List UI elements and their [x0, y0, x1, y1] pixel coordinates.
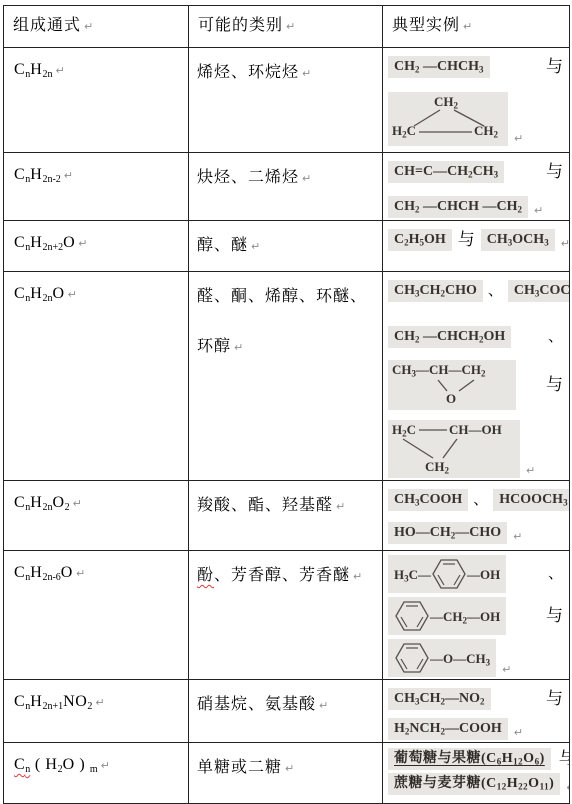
paragraph-mark: ↵ [463, 20, 472, 33]
category-cell: 炔烃、二烯烃↵ [189, 153, 383, 221]
examples-cell: 葡萄糖与果糖(C6H12O6) 与 蔗糖与麦芽糖(C12H22O11) ↵ [383, 743, 570, 804]
atom-label: —OH [467, 567, 500, 582]
example-line: C2H5OH 与 CH3OCH3 ↵ [388, 229, 563, 251]
example-line: CH3—CH—CH2 O 与 [388, 360, 563, 410]
formula-sucrose-maltose: 蔗糖与麦芽糖(C12H22O11) [388, 773, 560, 795]
example-line: H2NCH2—COOH ↵ [388, 718, 563, 740]
atom-label: —O—CH3 [430, 651, 490, 666]
examples-cell: CH=C—CH2CH3 与 CH2 —CHCH —CH2 ↵ [383, 153, 570, 221]
category-text: 醇、醚 [197, 237, 248, 254]
examples-cell: C2H5OH 与 CH3OCH3 ↵ [383, 221, 570, 272]
examples-cell: CH3CH2CHO 、 CH3COCH3 、 CH2 —CHCH2OH 、 CH… [383, 272, 570, 481]
structure-propylene-oxide: CH3—CH—CH2 O [388, 360, 516, 410]
header-label: 典型实例 [392, 17, 460, 34]
formula-dimethyl-ether: CH3OCH3 [481, 229, 555, 251]
formula-allyl-alcohol: CH2 —CHCH2OH [388, 326, 511, 348]
table-row: CnH2n-2↵ 炔烃、二烯烃↵ CH=C—CH2CH3 与 CH2 —CHCH… [4, 153, 570, 221]
examples-cell: H3C— —OH 、 —CH2—OH [383, 551, 570, 680]
paragraph-mark: ↵ [234, 341, 243, 354]
separator: 、 [548, 564, 563, 584]
paragraph-mark: ↵ [101, 759, 110, 772]
structure-cyclopropanol: H2C CH—OH CH2 [388, 420, 520, 478]
example-line: HO—CH2—CHO ↵ [388, 522, 563, 544]
paragraph-mark: ↵ [561, 237, 570, 251]
example-line: CH=C—CH2CH3 与 [388, 161, 563, 183]
benzene-ring [394, 600, 430, 632]
paragraph-mark: ↵ [286, 20, 295, 33]
paragraph-mark: ↵ [566, 781, 569, 795]
structure-cyclopropane: CH2 H2C CH2 [388, 92, 508, 146]
paragraph-mark: ↵ [513, 530, 522, 544]
category-text-misspelled: 酚 [197, 567, 214, 584]
example-line: H3C— —OH 、 [388, 555, 563, 593]
general-formula: CnH2n+2O [14, 234, 75, 251]
general-formula-cell: CnH2n-6O↵ [4, 551, 189, 680]
table-row: CnH2nO↵ 醛、酮、烯醇、环醚、 环醇↵ CH3CH2CHO 、 CH3CO… [4, 272, 570, 481]
formula-butyne: CH=C—CH2CH3 [388, 161, 504, 183]
header-typical-examples: 典型实例↵ [383, 6, 570, 48]
paragraph-mark: ↵ [534, 204, 543, 218]
atom-label: O [446, 391, 456, 406]
category-cell: 单糖或二糖↵ [189, 743, 383, 804]
benzene-ring [431, 558, 467, 590]
paragraph-mark: ↵ [84, 20, 93, 33]
table-row: CnH2nO2↵ 羧酸、酯、羟基醛↵ CH3COOH 、 HCOOCH3 与 H… [4, 481, 570, 551]
formula-nitroethane: CH3CH2—NO2 [388, 688, 491, 710]
paragraph-mark: ↵ [55, 64, 64, 77]
example-line: CH2 —CHCH3 与 [388, 56, 563, 78]
header-general-formula: 组成通式↵ [4, 6, 189, 48]
conjunction: 与 [458, 229, 475, 251]
general-formula: CnH2n-2 [14, 166, 61, 183]
atom-label: H2C [392, 422, 416, 437]
category-text: 、芳香醇、芳香醚 [214, 567, 350, 584]
conjunction: 与 [559, 748, 570, 770]
paragraph-mark: ↵ [302, 172, 311, 185]
formula-ethanol: C2H5OH [388, 229, 452, 251]
conjunction: 与 [546, 161, 563, 183]
header-possible-category: 可能的类别↵ [189, 6, 383, 48]
general-formula-cell: CnH2n↵ [4, 48, 189, 153]
category-text: 硝基烷、氨基酸 [197, 696, 316, 713]
general-formula-cell: CnH2n+2O↵ [4, 221, 189, 272]
structure-anisole: —O—CH3 [388, 639, 496, 677]
formula-group: CH3COOH 、 HCOOCH3 [388, 489, 570, 511]
formula-propanal: CH3CH2CHO [388, 280, 483, 302]
example-line: CH3COOH 、 HCOOCH3 与 [388, 489, 563, 511]
general-formula: Cn ( H2O ) m [14, 756, 98, 773]
general-formula-cell: CnH2n+1NO2↵ [4, 680, 189, 743]
category-text: 单糖或二糖 [197, 759, 282, 776]
paragraph-mark: ↵ [502, 663, 511, 677]
general-formula: CnH2nO2 [14, 494, 70, 511]
general-formula: CnH2n-6O [14, 564, 73, 581]
atom-label: —CH2—OH [430, 609, 500, 624]
example-line: CH2 —CHCH2OH 、 [388, 326, 563, 348]
category-text: 醛、酮、烯醇、环醚、 环醇 [197, 288, 367, 355]
formula-propene: CH2 —CHCH3 [388, 56, 490, 78]
paragraph-mark: ↵ [319, 699, 328, 712]
example-line: —CH2—OH 与 [388, 597, 563, 635]
general-formula-cell: CnH2nO2↵ [4, 481, 189, 551]
formula-acetic-acid: CH3COOH [388, 489, 468, 511]
general-formula-cell: Cn ( H2O ) m↵ [4, 743, 189, 804]
table-row: Cn ( H2O ) m↵ 单糖或二糖↵ 葡萄糖与果糖(C6H12O6) 与 蔗… [4, 743, 570, 804]
header-label: 可能的类别 [198, 17, 283, 34]
formula-glycine: H2NCH2—COOH [388, 718, 508, 740]
example-line: CH3CH2CHO 、 CH3COCH3 、 [388, 280, 563, 302]
paragraph-mark: ↵ [514, 132, 523, 146]
general-formula: CnH2n+1NO2 [14, 693, 92, 710]
table-row: CnH2n-6O↵ 酚、芳香醇、芳香醚↵ H3C— —OH 、 [4, 551, 570, 680]
category-text: 羧酸、酯、羟基醛 [197, 497, 333, 514]
conjunction: 与 [546, 56, 563, 78]
header-label: 组成通式 [13, 17, 81, 34]
examples-cell: CH2 —CHCH3 与 CH2 H2C CH2 ↵ [383, 48, 570, 153]
formula-methyl-formate: HCOOCH3 [493, 489, 569, 511]
examples-cell: CH3CH2—NO2 与 H2NCH2—COOH ↵ [383, 680, 570, 743]
paragraph-mark: ↵ [336, 500, 345, 513]
paragraph-mark: ↵ [73, 497, 82, 510]
paragraph-mark: ↵ [251, 240, 260, 253]
conjunction: 与 [546, 688, 563, 710]
formula-group: CH3CH2CHO 、 CH3COCH3 [388, 280, 570, 302]
examples-cell: CH3COOH 、 HCOOCH3 与 HO—CH2—CHO ↵ [383, 481, 570, 551]
table-header-row: 组成通式↵ 可能的类别↵ 典型实例↵ [4, 6, 570, 48]
benzene-ring [394, 642, 430, 674]
table-row: CnH2n↵ 烯烃、环烷烃↵ CH2 —CHCH3 与 CH2 H2C CH2 … [4, 48, 570, 153]
conjunction: 与 [546, 605, 563, 627]
example-line: H2C CH—OH CH2 ↵ [388, 420, 563, 478]
separator: 、 [488, 281, 503, 301]
table-row: CnH2n+2O↵ 醇、醚↵ C2H5OH 与 CH3OCH3 ↵ [4, 221, 570, 272]
paragraph-mark: ↵ [64, 169, 73, 182]
separator: 、 [548, 327, 563, 347]
atom-label: H3C— [394, 567, 431, 582]
formula-glucose-fructose: 葡萄糖与果糖(C6H12O6) [388, 748, 551, 770]
category-cell: 醇、醚↵ [189, 221, 383, 272]
category-text: 烯烃、环烷烃 [197, 64, 299, 81]
category-cell: 硝基烷、氨基酸↵ [189, 680, 383, 743]
formula-butadiene: CH2 —CHCH —CH2 [388, 196, 528, 218]
paragraph-mark: ↵ [68, 288, 77, 301]
atom-label: CH—OH [449, 422, 502, 437]
document-page: 组成通式↵ 可能的类别↵ 典型实例↵ CnH2n↵ 烯烃、环烷烃↵ CH2 —C… [0, 0, 572, 784]
atom-label: CH3—CH—CH2 [392, 362, 486, 377]
separator: 、 [473, 490, 488, 510]
formula-glycolaldehyde: HO—CH2—CHO [388, 522, 507, 544]
paragraph-mark: ↵ [78, 237, 87, 250]
general-formula-cell: CnH2n-2↵ [4, 153, 189, 221]
example-line: CH2 —CHCH —CH2 ↵ [388, 196, 563, 218]
conjunction: 与 [546, 374, 563, 396]
general-formula: CnH2n [14, 61, 52, 78]
atom-label: CH2 [474, 123, 498, 138]
paragraph-mark: ↵ [514, 726, 523, 740]
category-cell: 醛、酮、烯醇、环醚、 环醇↵ [189, 272, 383, 481]
category-cell: 烯烃、环烷烃↵ [189, 48, 383, 153]
paragraph-mark: ↵ [76, 567, 85, 580]
category-cell: 酚、芳香醇、芳香醚↵ [189, 551, 383, 680]
table-row: CnH2n+1NO2↵ 硝基烷、氨基酸↵ CH3CH2—NO2 与 H2NCH2… [4, 680, 570, 743]
general-formula-cell: CnH2nO↵ [4, 272, 189, 481]
formula-acetone: CH3COCH3 [508, 280, 570, 302]
atom-label: CH2 [425, 459, 449, 474]
general-formula: CnH2nO [14, 285, 65, 302]
paragraph-mark: ↵ [302, 67, 311, 80]
atom-label: CH2 [434, 94, 458, 109]
compound-formula-table: 组成通式↵ 可能的类别↵ 典型实例↵ CnH2n↵ 烯烃、环烷烃↵ CH2 —C… [3, 5, 570, 804]
example-line: CH2 H2C CH2 ↵ [388, 92, 563, 146]
example-line: —O—CH3 ↵ [388, 639, 563, 677]
structure-benzyl-alcohol: —CH2—OH [388, 597, 506, 635]
paragraph-mark: ↵ [285, 762, 294, 775]
paragraph-mark: ↵ [526, 464, 535, 478]
atom-label: H2C [392, 123, 416, 138]
example-line: 葡萄糖与果糖(C6H12O6) 与 [388, 748, 563, 770]
example-line: CH3CH2—NO2 与 [388, 688, 563, 710]
paragraph-mark: ↵ [95, 696, 104, 709]
example-line: 蔗糖与麦芽糖(C12H22O11) ↵ [388, 773, 563, 795]
structure-p-cresol: H3C— —OH [388, 555, 506, 593]
paragraph-mark: ↵ [353, 570, 362, 583]
category-text: 炔烃、二烯烃 [197, 169, 299, 186]
category-cell: 羧酸、酯、羟基醛↵ [189, 481, 383, 551]
